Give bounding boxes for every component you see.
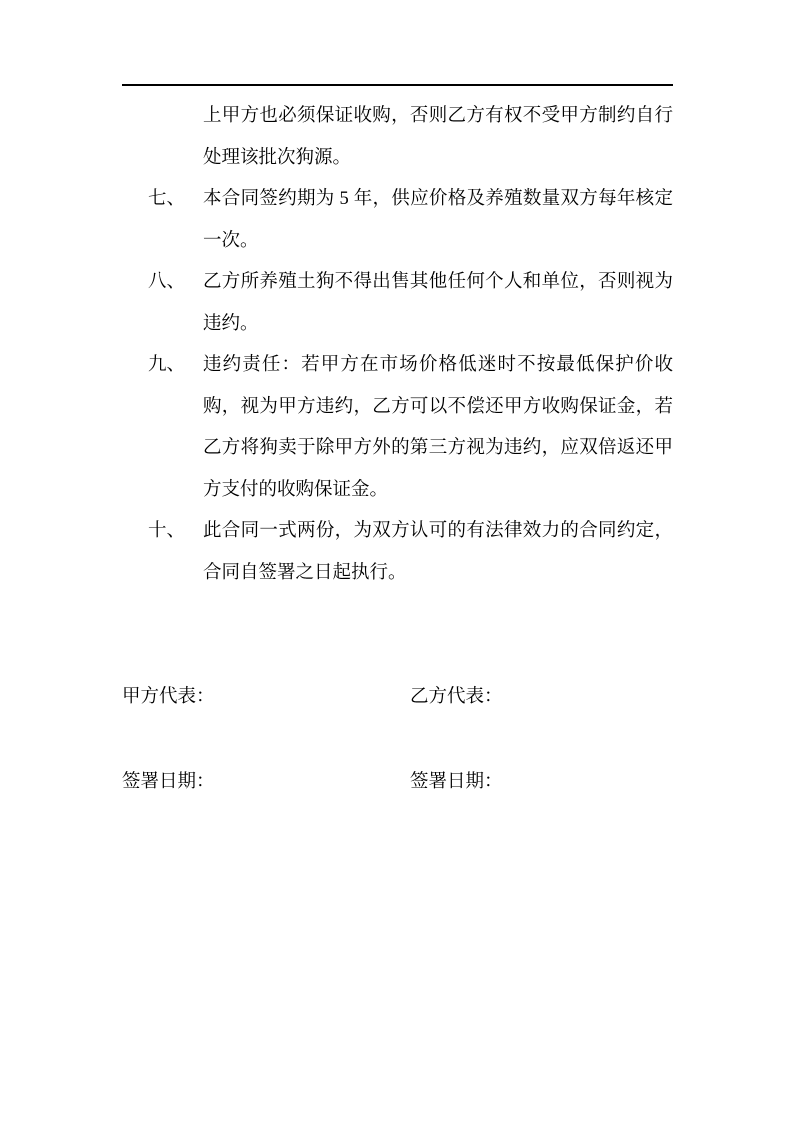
list-item-8-number: 八、 <box>148 262 185 304</box>
list-item-10: 十、 此合同一式两份，为双方认可的有法律效力的合同约定，合同自签署之日起执行。 <box>122 511 673 594</box>
list-item-10-number: 十、 <box>148 511 185 553</box>
list-item-7: 七、 本合同签约期为 5 年，供应价格及养殖数量双方每年核定一次。 <box>122 179 673 262</box>
signature-dates-row: 签署日期： 签署日期： <box>122 770 673 794</box>
list-item-7-text: 本合同签约期为 5 年，供应价格及养殖数量双方每年核定一次。 <box>203 189 673 251</box>
document-page: 上甲方也必须保证收购，否则乙方有权不受甲方制约自行处理该批次狗源。 七、 本合同… <box>0 0 793 1122</box>
signature-representatives-row: 甲方代表： 乙方代表： <box>122 685 673 709</box>
list-item-9-text: 违约责任：若甲方在市场价格低迷时不按最低保护价收购，视为甲方违约，乙方可以不偿还… <box>203 355 673 500</box>
party-a-sign-date-label: 签署日期： <box>122 772 215 792</box>
list-item-9-number: 九、 <box>148 345 185 387</box>
party-a-representative-label: 甲方代表： <box>122 687 215 707</box>
paragraph-continuation-text: 上甲方也必须保证收购，否则乙方有权不受甲方制约自行处理该批次狗源。 <box>203 106 673 168</box>
list-item-8-text: 乙方所养殖土狗不得出售其他任何个人和单位，否则视为违约。 <box>203 272 673 334</box>
list-item-9: 九、 违约责任：若甲方在市场价格低迷时不按最低保护价收购，视为甲方违约，乙方可以… <box>122 345 673 511</box>
list-item-10-text: 此合同一式两份，为双方认可的有法律效力的合同约定，合同自签署之日起执行。 <box>203 521 673 583</box>
paragraph-continuation: 上甲方也必须保证收购，否则乙方有权不受甲方制约自行处理该批次狗源。 <box>122 96 673 179</box>
party-b-representative-label: 乙方代表： <box>410 685 503 709</box>
party-b-sign-date-label: 签署日期： <box>410 770 503 794</box>
list-item-8: 八、 乙方所养殖土狗不得出售其他任何个人和单位，否则视为违约。 <box>122 262 673 345</box>
document-body: 上甲方也必须保证收购，否则乙方有权不受甲方制约自行处理该批次狗源。 七、 本合同… <box>122 96 673 594</box>
list-item-7-number: 七、 <box>148 179 185 221</box>
header-rule <box>122 84 673 86</box>
